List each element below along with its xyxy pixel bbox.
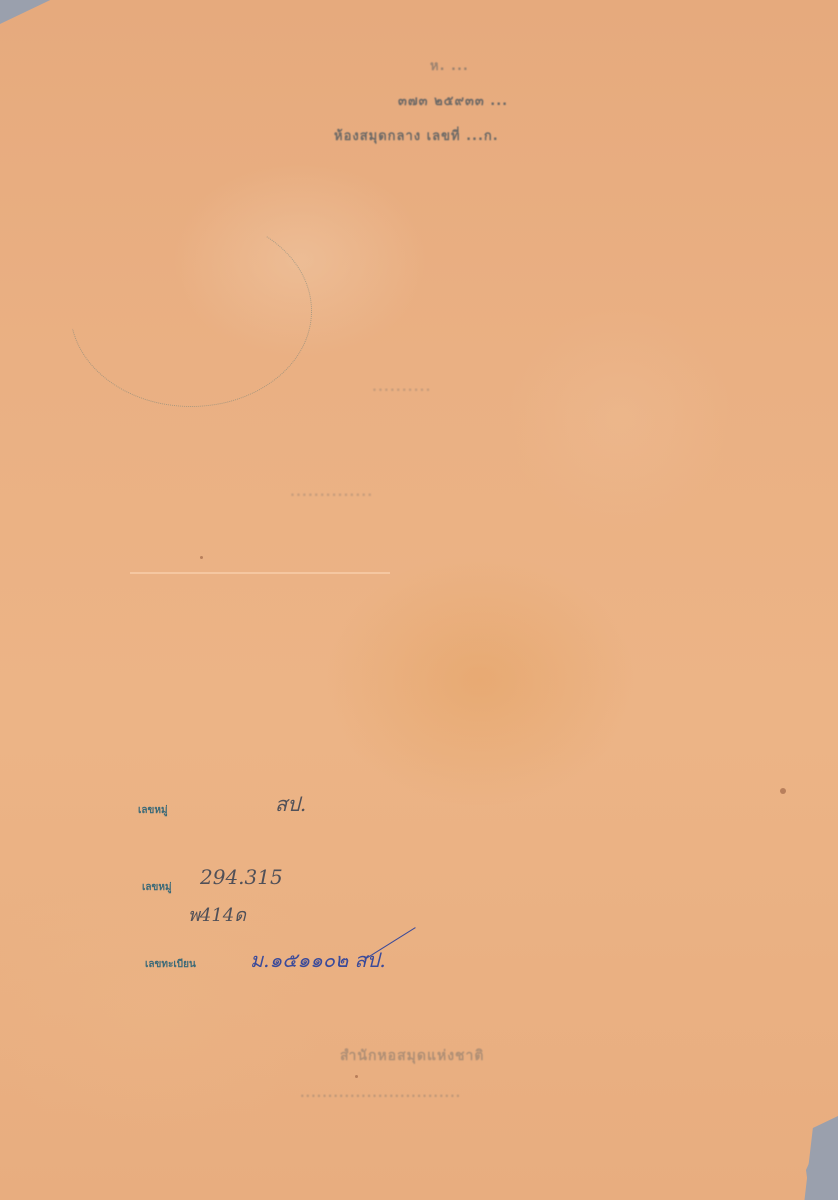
ghost-text-1: ..........	[372, 380, 431, 395]
ghost-text-4: .............................	[300, 1086, 461, 1100]
ghost-text-2: ..............	[290, 485, 373, 500]
circular-stamp-mark	[70, 215, 312, 407]
top-stamp-line-2: ๓๗๓ ๒๕๙๓๓ ...	[398, 90, 508, 111]
document-page: ห. ... ๓๗๓ ๒๕๙๓๓ ... ห้องสมุดกลาง เลขที่…	[0, 0, 838, 1200]
field-value-call-number: 294.315	[200, 865, 283, 889]
field-label-category: เลขหมู่	[138, 803, 168, 818]
field-value-category: สป.	[275, 788, 306, 820]
field-label-call-number: เลขหมู่	[142, 880, 172, 895]
stain-speck	[780, 788, 786, 794]
field-value-cutter-number: พ414ด	[188, 900, 246, 929]
ghost-text-3: สำนักหอสมุดแห่งชาติ	[340, 1045, 485, 1067]
top-stamp-line-3: ห้องสมุดกลาง เลขที่ ...ก.	[334, 125, 499, 146]
stain-speck	[200, 556, 203, 559]
paper-crease	[130, 572, 390, 574]
field-label-registration: เลขทะเบียน	[145, 957, 196, 972]
field-value-registration: ม.๑๕๑๑๐๒ สป.	[250, 944, 386, 976]
top-stamp-line-1: ห. ...	[430, 55, 469, 76]
stain-speck	[355, 1075, 358, 1078]
